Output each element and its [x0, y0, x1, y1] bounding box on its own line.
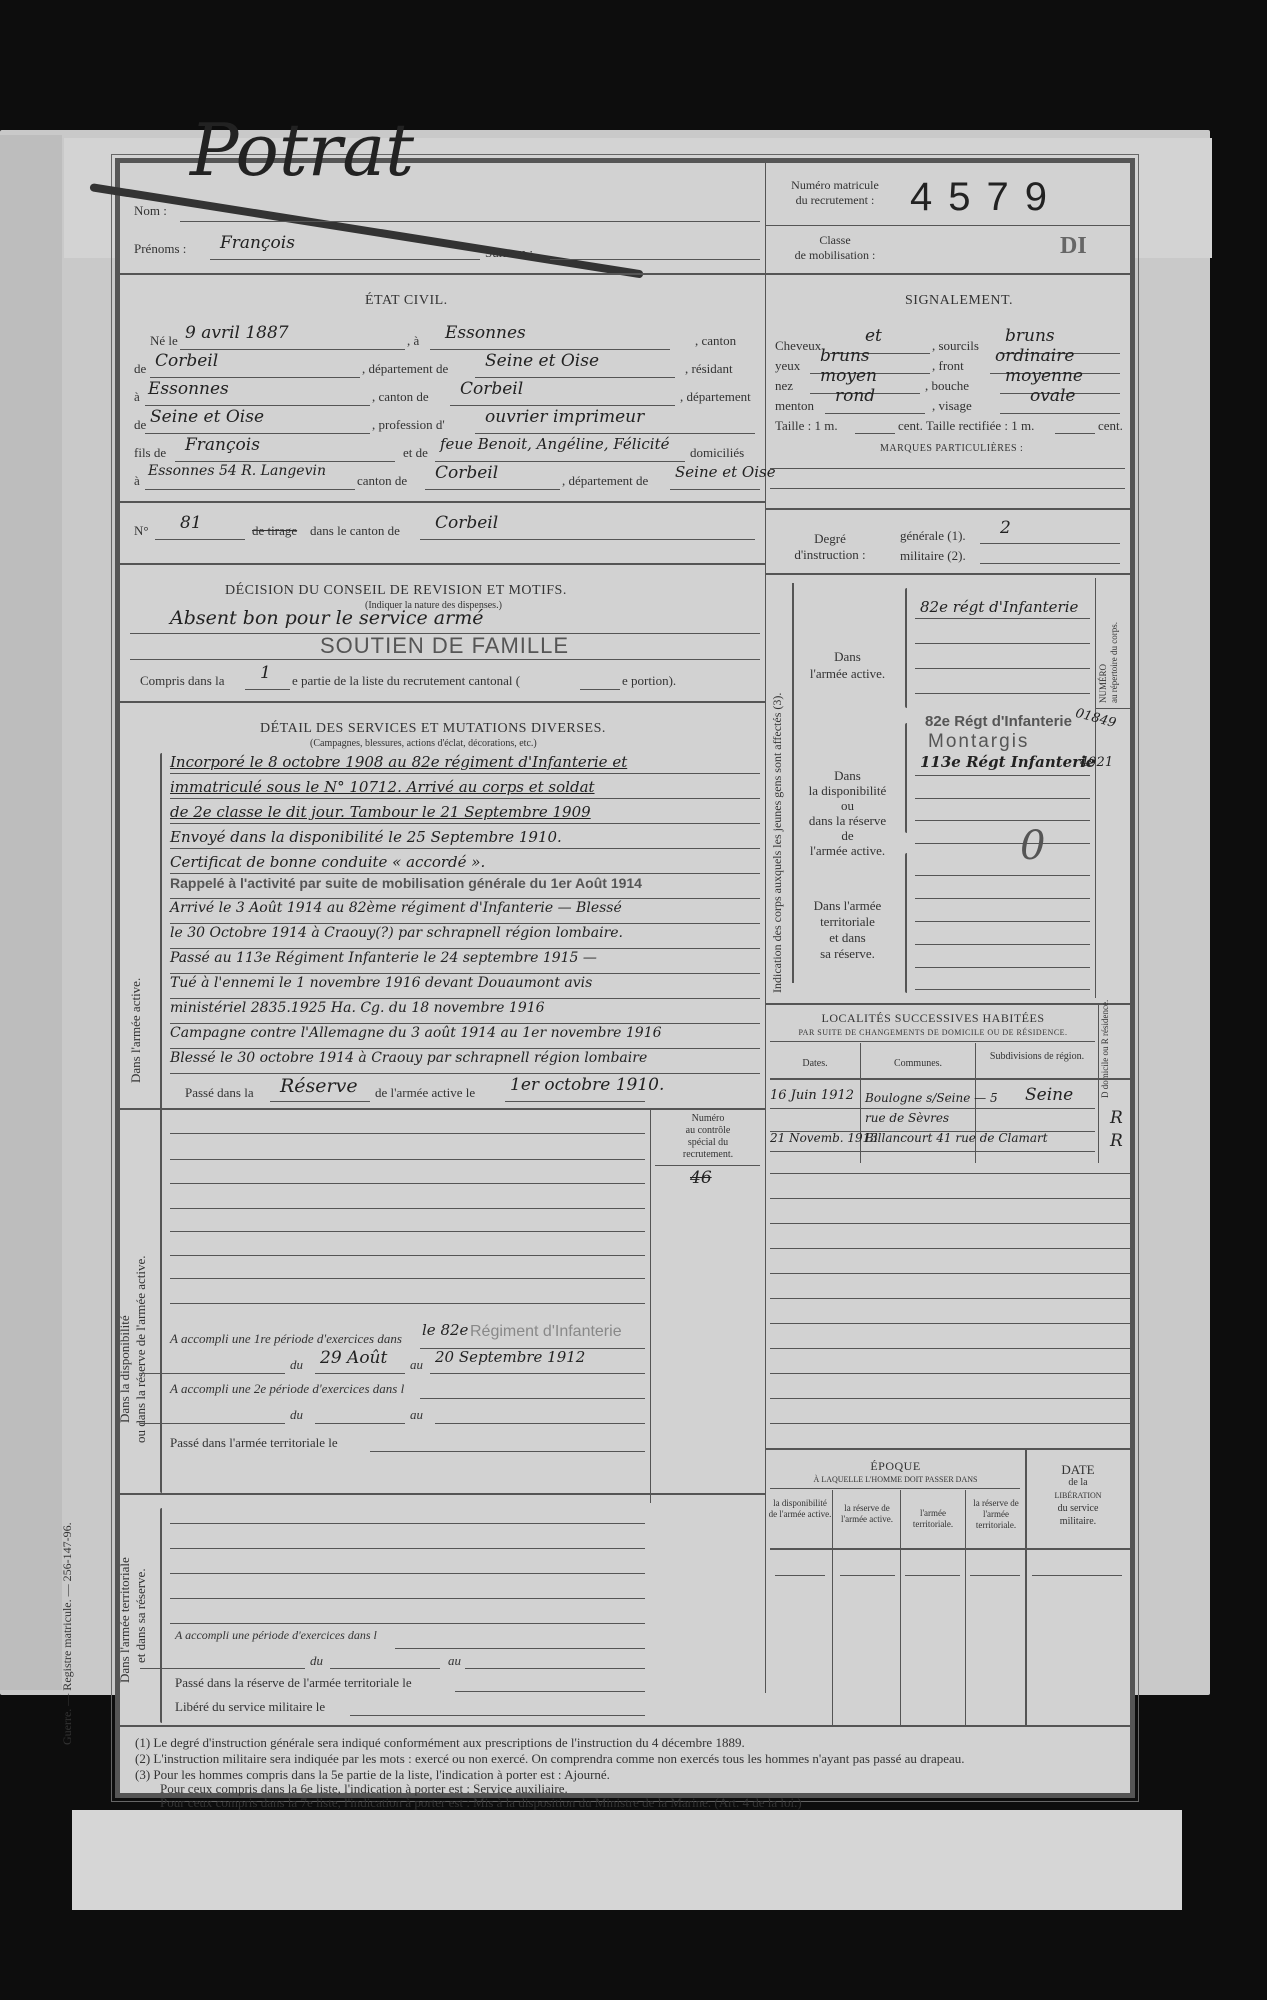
profession-label: , profession d'	[372, 417, 445, 433]
domicile-canton-label: canton de	[357, 473, 407, 489]
footnote-1: (1) Le degré d'instruction générale sera…	[135, 1735, 745, 1751]
de-label: de	[134, 361, 146, 377]
domicile-a-label: à	[134, 473, 140, 489]
surnom-label: Surnom :	[485, 245, 533, 261]
residence-canton: Corbeil	[460, 379, 523, 399]
canton-naissance: Corbeil	[155, 351, 218, 371]
services-subtitle: (Campagnes, blessures, actions d'éclat, …	[310, 738, 537, 749]
prenoms-value: François	[220, 233, 295, 253]
periode1-label: A accompli une 1re période d'exercices d…	[170, 1331, 402, 1347]
service2-line-1: le 30 Octobre 1914 à Craouy(?) par schra…	[170, 925, 623, 941]
lieu-naissance: Essonnes	[445, 323, 526, 343]
rappel-stamp: Rappelé à l'activité par suite de mobili…	[170, 875, 642, 891]
disponibilite-side-label-2: ou dans la réserve de l'armée active.	[133, 1256, 149, 1444]
visage-label: , visage	[932, 398, 972, 414]
compris-value: 1	[260, 663, 271, 683]
de2-label: de	[134, 417, 146, 433]
sourcils-label: , sourcils	[932, 338, 979, 354]
territoriale-du-label: du	[310, 1653, 323, 1669]
nom-value: Potrat	[190, 108, 414, 192]
signalement-title: SIGNALEMENT.	[905, 293, 1013, 309]
soutien-famille-stamp: SOUTIEN DE FAMILLE	[320, 633, 569, 659]
paper-left-strip	[0, 135, 62, 1690]
cent2-label: cent.	[1098, 418, 1123, 434]
et-de-label: et de	[403, 445, 428, 461]
footnote-5: Pour ceux compris dans la 7e liste, l'in…	[160, 1795, 802, 1811]
side-imprint: Guerre. — Registre matricule. — 256-147-…	[60, 1522, 75, 1745]
periode1-du: 29 Août	[320, 1348, 387, 1368]
localites-col-dates: Dates.	[770, 1058, 860, 1069]
departement2-label: , département	[680, 389, 751, 405]
taille-rectifiee-label: cent. Taille rectifiée : 1 m.	[898, 418, 1034, 434]
nom-label: Nom :	[134, 203, 167, 219]
epoque-col-territoriale: l'armée territoriale.	[902, 1508, 964, 1530]
classe-value: DI	[1060, 233, 1087, 260]
profession-value: ouvrier imprimeur	[485, 407, 644, 427]
periode1-au-label: au	[410, 1357, 423, 1373]
service-line-4: Certificat de bonne conduite « accordé »…	[170, 853, 485, 871]
marques-label: MARQUES PARTICULIÈRES :	[880, 443, 1023, 454]
localite-date: 16 Juin 1912	[770, 1088, 854, 1103]
epoque-col-reserve-active: la réserve de l'armée active.	[834, 1503, 900, 1525]
visage-value: ovale	[1030, 386, 1075, 406]
registration-form: Potrat Nom : Prénoms : François Surnom :…	[115, 158, 1135, 1798]
residant-a-label: à	[134, 389, 140, 405]
canton-label: , canton	[695, 333, 736, 349]
service2-line-0: Arrivé le 3 Août 1914 au 82ème régiment …	[170, 900, 622, 916]
taille-label: Taille : 1 m.	[775, 418, 838, 434]
localites-col-subdivisions: Subdivisions de région.	[978, 1051, 1096, 1062]
territoriale-side-label-2: et dans sa réserve.	[133, 1568, 149, 1663]
epoque-subtitle: À LAQUELLE L'HOMME DOIT PASSER DANS	[768, 1475, 1023, 1484]
epoque-title: ÉPOQUE	[768, 1459, 1023, 1474]
passe-value: Réserve	[280, 1075, 358, 1097]
date-liberation-header: DATE de la LIBÉRATION du service militai…	[1028, 1463, 1128, 1528]
passe-territoriale-label: Passé dans l'armée territoriale le	[170, 1435, 338, 1451]
classe-label: Classede mobilisation :	[775, 233, 895, 263]
service-line-2: de 2e classe le dit jour. Tambour le 21 …	[170, 803, 591, 821]
pere-value: François	[185, 435, 260, 455]
de-tirage-label: de tirage	[252, 523, 297, 539]
yeux-value: bruns	[820, 346, 870, 366]
passe-label: Passé dans la	[185, 1085, 254, 1101]
instruction-label: Degréd'instruction :	[780, 531, 880, 563]
services-title: DÉTAIL DES SERVICES ET MUTATIONS DIVERSE…	[260, 721, 606, 737]
date-naissance: 9 avril 1887	[185, 323, 289, 343]
decision-title: DÉCISION DU CONSEIL DE REVISION ET MOTIF…	[225, 583, 567, 599]
prenoms-label: Prénoms :	[134, 241, 186, 257]
fils-de-label: fils de	[134, 445, 166, 461]
service2-line-3: Tué à l'ennemi le 1 novembre 1916 devant…	[170, 975, 592, 991]
decision-value: Absent bon pour le service armé	[170, 607, 483, 629]
residant-label: , résidant	[685, 361, 733, 377]
periode2-du-label: du	[290, 1407, 303, 1423]
localite-subdivision: Seine	[1025, 1085, 1073, 1105]
instruction-militaire-label: militaire (2).	[900, 548, 966, 564]
residence-commune: Essonnes	[148, 379, 229, 399]
territoriale-au-label: au	[448, 1653, 461, 1669]
domicilies-label: domiciliés	[690, 445, 744, 461]
departement-label: , département de	[362, 361, 448, 377]
ne-le-label: Né le	[150, 333, 178, 349]
name-strike-line	[89, 183, 643, 279]
corps-dispo-value-2: 113e Régt Infanterie	[920, 753, 1095, 771]
passe-date: 1er octobre 1910.	[510, 1075, 664, 1095]
service2-line-4: ministériel 2835.1925 Ha. Cg. du 18 nove…	[170, 1000, 545, 1016]
menton-label: menton	[775, 398, 814, 414]
localites-col-type: D domicile ou R résidence.	[1100, 1008, 1111, 1098]
tirage-no-label: N°	[134, 523, 149, 539]
sourcils-value: bruns	[1005, 326, 1055, 346]
cheveux-value: et	[865, 326, 882, 346]
domicile-value: Essonnes 54 R. Langevin	[148, 463, 326, 479]
service2-line-5: Campagne contre l'Allemagne du 3 août 19…	[170, 1025, 662, 1041]
localite-date: 21 Novemb. 1913	[770, 1131, 878, 1145]
footnote-2: (2) L'instruction militaire sera indiqué…	[135, 1751, 965, 1767]
matricule-label: Numéro matriculedu recrutement :	[775, 178, 895, 208]
etat-civil-title: ÉTAT CIVIL.	[365, 293, 448, 309]
canton-de-label: , canton de	[372, 389, 429, 405]
dans-canton-label: dans le canton de	[310, 523, 400, 539]
periode2-label: A accompli une 2e période d'exercices da…	[170, 1381, 404, 1397]
mere-value: feue Benoit, Angéline, Félicité	[440, 435, 670, 453]
corps-dispo-stamp-1: 82e Régt d'Infanterie	[925, 713, 1072, 730]
paper-bottom-margin	[72, 1810, 1182, 1910]
epoque-col-reserve-territoriale: la réserve de l'armée territoriale.	[967, 1498, 1025, 1531]
service-line-3: Envoyé dans la disponibilité le 25 Septe…	[170, 828, 562, 846]
localites-title: LOCALITÉS SUCCESSIVES HABITÉES	[768, 1011, 1098, 1026]
compris-label: Compris dans la	[140, 673, 225, 689]
corps-dispo-label: Dansla disponibilitéoudans la réservedel…	[800, 768, 895, 858]
localite-type: R	[1110, 1131, 1123, 1151]
domicile-canton-value: Corbeil	[435, 463, 498, 483]
portion-label: e portion).	[622, 673, 676, 689]
a-label: , à	[407, 333, 419, 349]
periode1-stamp: Régiment d'Infanterie	[470, 1323, 622, 1341]
epoque-col-disponibilite: la disponibilité de l'armée active.	[768, 1498, 832, 1520]
residence-departement: Seine et Oise	[150, 407, 264, 427]
controle-header: Numéro au contrôle spécial du recrutemen…	[653, 1113, 763, 1161]
periode1-value: le 82e	[422, 1321, 468, 1339]
numero-repertoire-label: NUMÉROau répertoire du corps.	[1098, 622, 1120, 703]
bouche-label: , bouche	[925, 378, 969, 394]
service-line-1: immatriculé sous le N° 10712. Arrivé au …	[170, 778, 595, 796]
departement-naissance: Seine et Oise	[485, 351, 599, 371]
localite-commune: Billancourt 41 rue de Clamart	[865, 1131, 1048, 1145]
localites-col-communes: Communes.	[862, 1058, 974, 1069]
matricule-value: 4579	[910, 175, 1063, 220]
service2-line-6: Blessé le 30 octobre 1914 à Craouy par s…	[170, 1050, 647, 1066]
instruction-generale-value: 2	[1000, 518, 1011, 538]
corps-dispo-num-2: 4921	[1080, 755, 1113, 770]
periode2-au-label: au	[410, 1407, 423, 1423]
corps-dispo-stamp-2: Montargis	[928, 731, 1029, 753]
instruction-generale-label: générale (1).	[900, 528, 966, 544]
front-label: , front	[932, 358, 964, 374]
service-line-0: Incorporé le 8 octobre 1908 au 82e régim…	[170, 753, 627, 771]
domicile-departement-value: Seine et Oise	[675, 463, 776, 481]
corps-side-label: Indication des corps auxquels les jeunes…	[770, 693, 785, 993]
territoriale-side-label-1: Dans l'armée territoriale	[117, 1557, 133, 1683]
service2-line-2: Passé au 113e Régiment Infanterie le 24 …	[170, 950, 597, 966]
domicile-departement-label: , département de	[562, 473, 648, 489]
front-value: ordinaire	[995, 346, 1074, 366]
cheveux-label: Cheveux	[775, 338, 821, 354]
localites-subtitle: PAR SUITE DE CHANGEMENTS DE DOMICILE OU …	[768, 1028, 1098, 1037]
bouche-value: moyenne	[1005, 366, 1083, 386]
corps-active-value: 82e régt d'Infanterie	[920, 598, 1078, 616]
localite-type: R	[1110, 1108, 1123, 1128]
periode1-du-label: du	[290, 1357, 303, 1373]
tirage-no-value: 81	[180, 513, 202, 533]
disponibilite-side-label-1: Dans la disponibilité	[117, 1315, 133, 1423]
tirage-canton-value: Corbeil	[435, 513, 498, 533]
services-side-label: Dans l'armée active.	[128, 978, 144, 1083]
nez-value: moyen	[820, 366, 877, 386]
nez-label: nez	[775, 378, 793, 394]
partie-label: e partie de la liste du recrutement cant…	[292, 673, 520, 689]
armee-active-label: de l'armée active le	[375, 1085, 475, 1101]
libere-label: Libéré du service militaire le	[175, 1699, 325, 1715]
corps-territoriale-label: Dans l'arméeterritorialeet danssa réserv…	[800, 898, 895, 962]
controle-value: 46	[690, 1168, 712, 1188]
corps-active-label: Dansl'armée active.	[800, 648, 895, 682]
menton-value: rond	[835, 386, 875, 406]
yeux-label: yeux	[775, 358, 800, 374]
territoriale-periode-label: A accompli une période d'exercices dans …	[175, 1628, 377, 1643]
corps-territoriale-mark: 0	[1020, 823, 1045, 869]
reserve-territoriale-label: Passé dans la réserve de l'armée territo…	[175, 1675, 412, 1691]
periode1-au: 20 Septembre 1912	[435, 1348, 585, 1366]
